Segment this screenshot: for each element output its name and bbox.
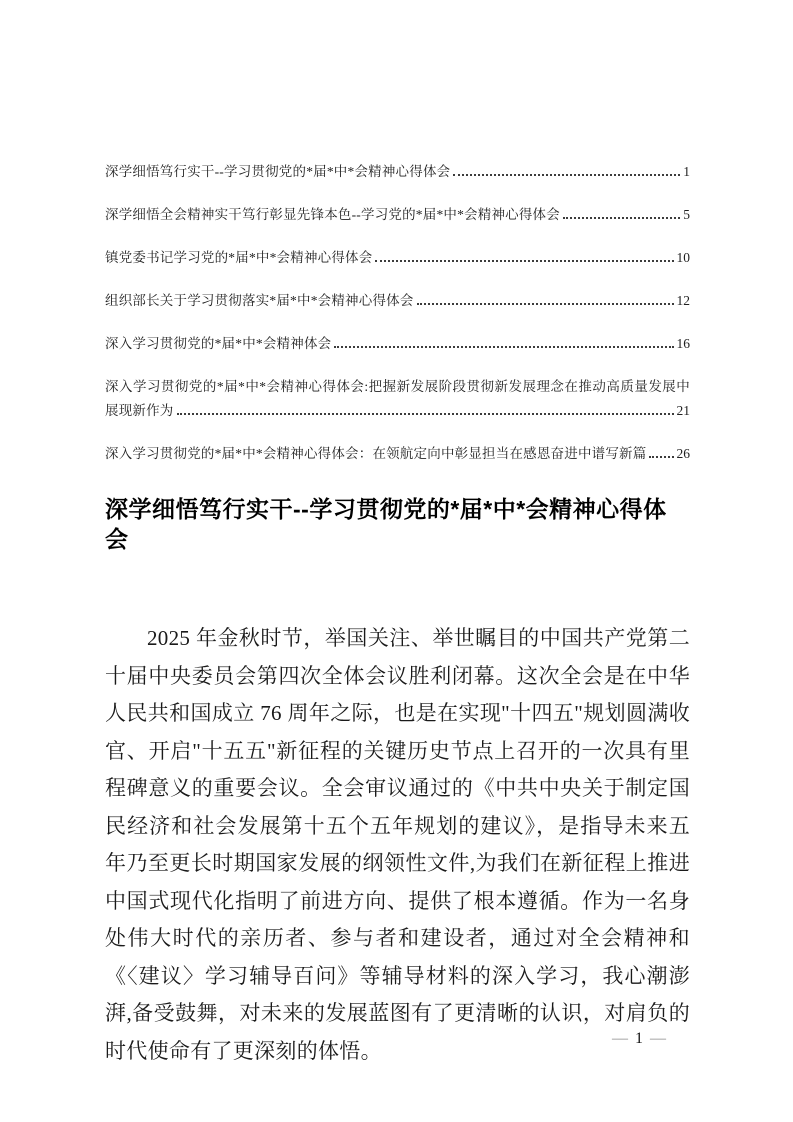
toc-dotted-leader (453, 174, 680, 176)
toc-entry-title: 深入学习贯彻党的*届*中*会精神体会 (105, 332, 331, 356)
page-footer: —1— (605, 1030, 673, 1048)
toc-page-number: 16 (677, 332, 691, 356)
toc-entry-title: 组织部长关于学习贯彻落实*届*中*会精神心得体会 (105, 289, 414, 313)
toc-entry: 深入学习贯彻党的*届*中*会精神心得体会：在领航定向中彰显担当在感恩奋进中谱写新… (105, 442, 690, 466)
article-body: 2025 年金秋时节，举国关注、举世瞩目的中国共产党第二十届中央委员会第四次全体… (105, 620, 690, 1070)
toc-dotted-leader (375, 260, 673, 262)
article-paragraph: 2025 年金秋时节，举国关注、举世瞩目的中国共产党第二十届中央委员会第四次全体… (105, 620, 690, 1070)
toc-dotted-leader (417, 303, 674, 305)
toc-entry-title: 深学细悟笃行实干--学习贯彻党的*届*中*会精神心得体会 (105, 160, 450, 184)
toc-page-number: 12 (677, 289, 691, 313)
footer-page-number: 1 (635, 1030, 643, 1047)
toc-page-number: 1 (683, 160, 690, 184)
toc-entry-title-line1: 深入学习贯彻党的*届*中*会精神心得体会:把握新发展阶段贯彻新发展理念在推动高质… (105, 375, 690, 399)
toc-page-number: 5 (683, 203, 690, 227)
toc-entry-title: 镇党委书记学习党的*届*中*会精神心得体会 (105, 246, 372, 270)
toc-page-number: 21 (677, 399, 691, 423)
toc-entry-title: 深学细悟全会精神实干笃行彰显先锋本色--学习党的*届*中*会精神心得体会 (105, 203, 560, 227)
toc-dotted-leader (177, 413, 674, 415)
toc-page-number: 26 (677, 442, 691, 466)
toc-entry: 深学细悟全会精神实干笃行彰显先锋本色--学习党的*届*中*会精神心得体会 5 (105, 203, 690, 227)
toc-entry: 深学细悟笃行实干--学习贯彻党的*届*中*会精神心得体会 1 (105, 160, 690, 184)
document-page: 深学细悟笃行实干--学习贯彻党的*届*中*会精神心得体会 1 深学细悟全会精神实… (0, 0, 793, 1122)
toc-dotted-leader (334, 346, 673, 348)
toc-entry: 组织部长关于学习贯彻落实*届*中*会精神心得体会 12 (105, 289, 690, 313)
toc-entry-title-line2: 展现新作为 (105, 399, 174, 423)
footer-right-dash: — (643, 1030, 673, 1047)
toc-page-number: 10 (677, 246, 691, 270)
toc-entry: 深入学习贯彻党的*届*中*会精神心得体会:把握新发展阶段贯彻新发展理念在推动高质… (105, 375, 690, 423)
toc-dotted-leader (563, 217, 680, 219)
toc-entry: 深入学习贯彻党的*届*中*会精神体会 16 (105, 332, 690, 356)
table-of-contents: 深学细悟笃行实干--学习贯彻党的*届*中*会精神心得体会 1 深学细悟全会精神实… (105, 160, 690, 466)
toc-entry-title-line2-row: 展现新作为 21 (105, 399, 690, 423)
page-content: 深学细悟笃行实干--学习贯彻党的*届*中*会精神心得体会 1 深学细悟全会精神实… (0, 0, 793, 1070)
toc-dotted-leader (649, 456, 673, 458)
footer-left-dash: — (605, 1030, 635, 1047)
toc-entry: 镇党委书记学习党的*届*中*会精神心得体会 10 (105, 246, 690, 270)
article-title: 深学细悟笃行实干--学习贯彻党的*届*中*会精神心得体会 (105, 494, 690, 554)
toc-entry-title: 深入学习贯彻党的*届*中*会精神心得体会：在领航定向中彰显担当在感恩奋进中谱写新… (105, 442, 646, 466)
